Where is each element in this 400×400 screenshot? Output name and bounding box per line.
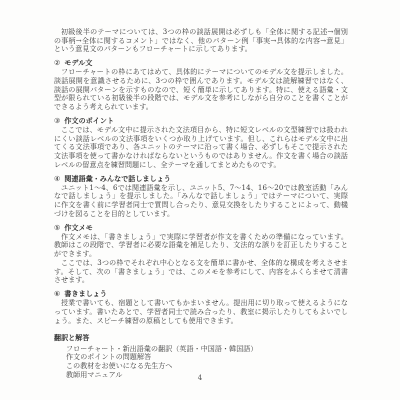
section-heading: ④関連語彙・みんなで話しましょう [54, 175, 348, 184]
section-number: ⑥ [54, 290, 60, 299]
document-page: 初級後半のテーマについては、3つの枠の談話展開は必ずしも「全体に関する記述→個別… [0, 0, 400, 400]
section-heading: ③作文のポイント [54, 117, 348, 126]
section-heading: ⑤作文メモ [54, 224, 348, 233]
section-title: 書きましょう [64, 289, 107, 298]
section-paragraph: 授業で書いても、宿題として書いてもかまいません。提出用に切り取って使えるようにな… [54, 299, 348, 325]
footer-list-item: 作文のポイントの問題解答 [66, 353, 348, 362]
section-number: ⑤ [54, 224, 60, 233]
section-lets-write: ⑥書きましょう 授業で書いても、宿題として書いてもかまいません。提出用に切り取っ… [54, 290, 348, 325]
section-title: 関連語彙・みんなで話しましょう [64, 174, 171, 183]
section-number: ② [54, 59, 60, 68]
section-model-text: ②モデル文 フローチャートの枠にあてはめて、具体的にテーマについてのモデル文を提… [54, 59, 348, 112]
section-heading: ②モデル文 [54, 59, 348, 68]
section-paragraph: フローチャートの枠にあてはめて、具体的にテーマについてのモデル文を提示しました。… [54, 68, 348, 112]
section-writing-points: ③作文のポイント ここでは、モデル文中に提示された文法項目から、特に短文レベルの… [54, 117, 348, 170]
section-number: ③ [54, 117, 60, 126]
section-paragraph: ここでは、3つの枠でそれぞれ中心となる文を簡単に書かせ、全体的な構成を考えさせま… [54, 259, 348, 285]
page-number: 4 [0, 374, 400, 382]
section-paragraph: ここでは、モデル文中に提示された文法項目から、特に短文レベルの文型練習では扱われ… [54, 126, 348, 170]
footer-list-item: この教材をお使いになる先生方へ [66, 362, 348, 371]
translations-and-answers-section: 翻訳と解答 フローチャート・新出語彙の翻訳（英語・中国語・韓国語） 作文のポイン… [54, 334, 348, 379]
section-related-vocab: ④関連語彙・みんなで話しましょう ユニット1〜4、6では関連語彙を示し、ユニット… [54, 175, 348, 219]
section-heading: ⑥書きましょう [54, 290, 348, 299]
page-content: 初級後半のテーマについては、3つの枠の談話展開は必ずしも「全体に関する記述→個別… [54, 28, 348, 380]
section-writing-memo: ⑤作文メモ 作文メモは、「書きましょう」で実際に学習者が作文を書くための準備にな… [54, 224, 348, 285]
intro-paragraph: 初級後半のテーマについては、3つの枠の談話展開は必ずしも「全体に関する記述→個別… [54, 28, 348, 54]
section-paragraph: ユニット1〜4、6では関連語彙を示し、ユニット5、7〜14、16〜20では教室活… [54, 184, 348, 219]
section-title: 作文のポイント [64, 116, 114, 125]
section-title: 作文メモ [64, 223, 92, 232]
footer-list-item: フローチャート・新出語彙の翻訳（英語・中国語・韓国語） [66, 345, 348, 354]
footer-section-title: 翻訳と解答 [54, 334, 348, 343]
section-title: モデル文 [64, 58, 92, 67]
section-number: ④ [54, 175, 60, 184]
section-paragraph: 作文メモは、「書きましょう」で実際に学習者が作文を書くための準備になっています。… [54, 233, 348, 259]
